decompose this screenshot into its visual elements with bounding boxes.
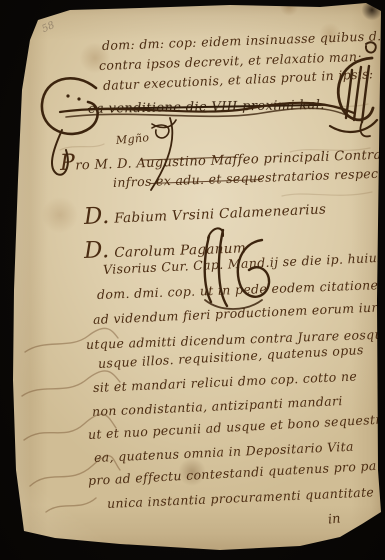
- cancelled-line: ea venditione die VIII proximi kal.: [88, 98, 325, 117]
- manuscript-line: sit et mandari relicui dmo cop. cotto ne: [93, 368, 358, 395]
- manuscript-page: dom: dm: cop: eidem insinuasse quibus d.…: [0, 0, 385, 560]
- manuscript-line: ad videndum fieri productionem eorum iur…: [93, 298, 385, 327]
- party-name-line: D. Fabium Vrsini Calamenearius: [83, 193, 326, 230]
- manuscript-line: unica instantia procuramenti quantitate: [107, 484, 375, 511]
- pencil-folio-number: 58: [40, 20, 56, 35]
- heading-abbreviation: Mgño: [115, 131, 149, 147]
- manuscript-line: dom. dmi. cop. ut in pede eodem citation…: [97, 277, 379, 302]
- catchword: in: [327, 511, 341, 527]
- photo-background: dom: dm: cop: eidem insinuasse quibus d.…: [0, 0, 385, 560]
